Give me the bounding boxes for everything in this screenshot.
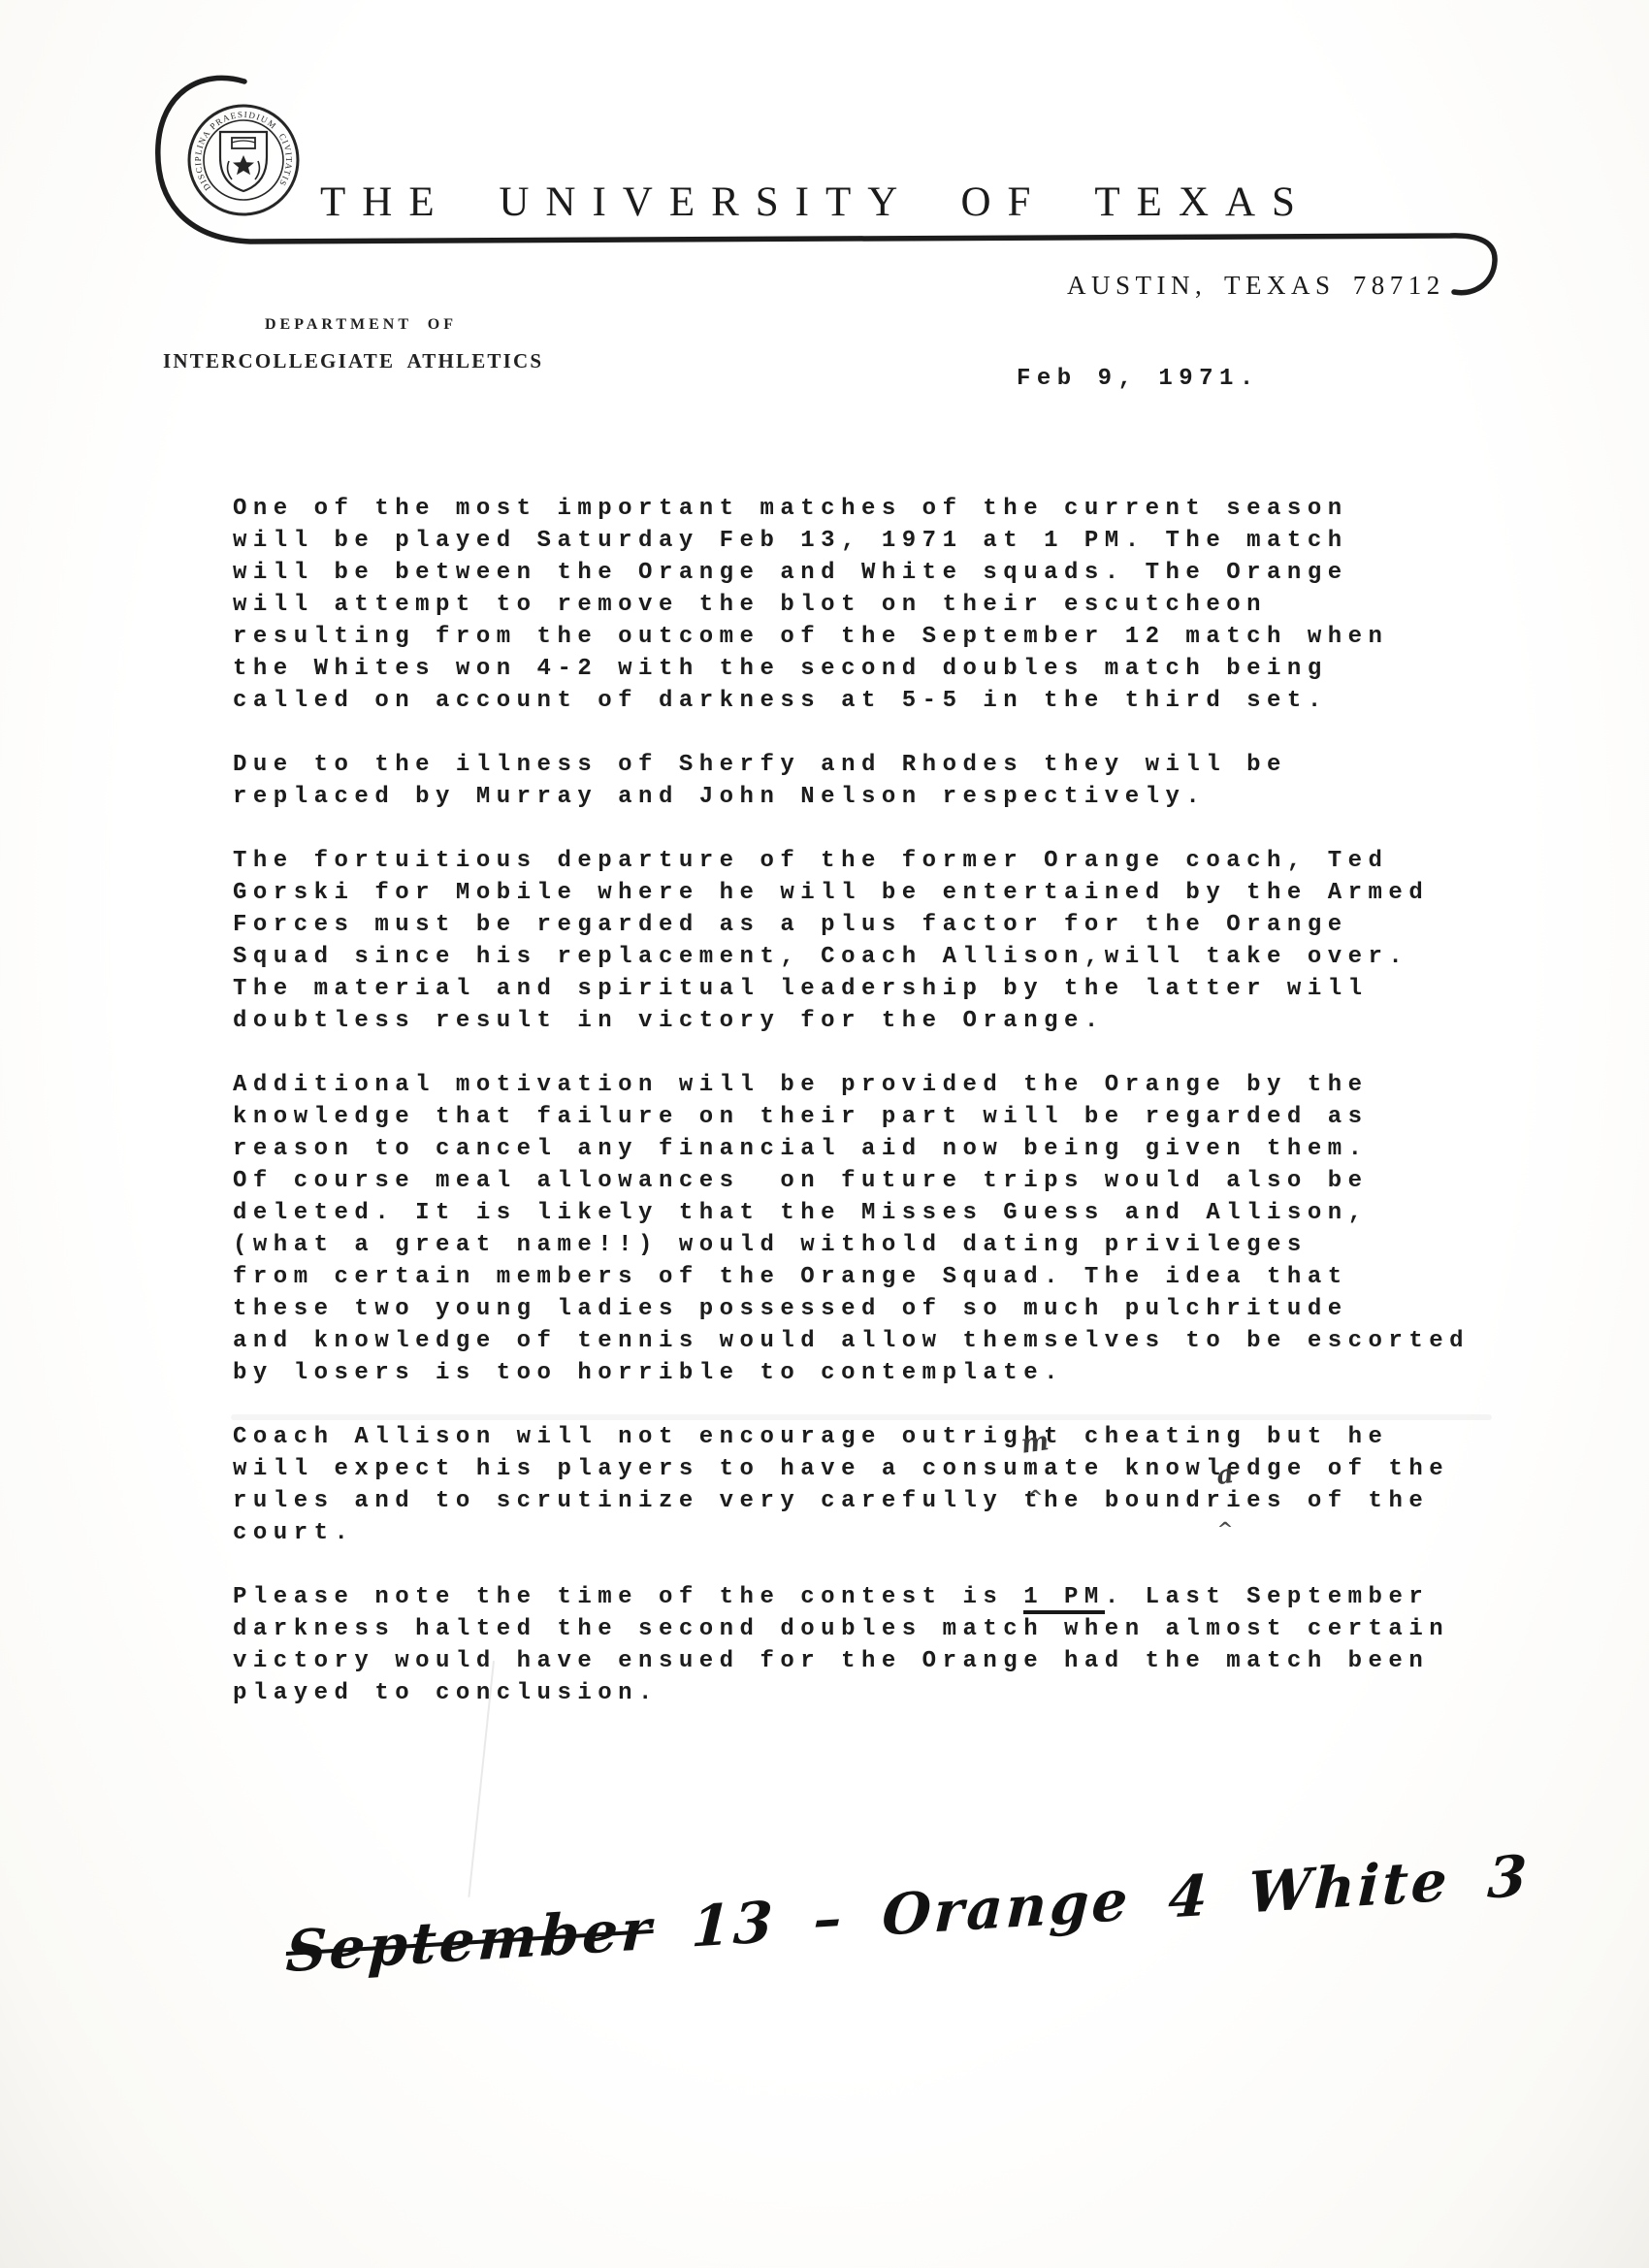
text-line: resulting from the outcome of the Septem…	[233, 621, 1523, 653]
text-line: Forces must be regarded as a plus factor…	[233, 909, 1523, 941]
text-line: will be played Saturday Feb 13, 1971 at …	[233, 525, 1523, 557]
text-line: The material and spiritual leadership by…	[233, 973, 1523, 1005]
text-run: rules and to scrutinize very carefully t…	[233, 1488, 1105, 1514]
text-line: these two young ladies possessed of so m…	[233, 1293, 1523, 1325]
text-line: Additional motivation will be provided t…	[233, 1069, 1523, 1101]
text-run: (what a great name!!) would withold dati…	[233, 1232, 1308, 1258]
text-run: knowledge of the	[1105, 1456, 1449, 1482]
text-run: One of the most important matches of the…	[233, 496, 1348, 522]
seal-word-right: CIVITATIS	[277, 132, 294, 188]
text-line: played to conclusion.	[233, 1677, 1523, 1709]
underlined-text: 1 PM	[1023, 1584, 1105, 1614]
text-run: reason to cancel any financial aid now b…	[233, 1136, 1369, 1162]
text-line: Gorski for Mobile where he will be enter…	[233, 877, 1523, 909]
typed-word-with-handwritten-insertion: consumatem^	[922, 1453, 1105, 1485]
text-line: victory would have ensued for the Orange…	[233, 1645, 1523, 1677]
text-run: Of course meal allowances on future trip…	[233, 1168, 1369, 1194]
insertion-caret: ^	[1027, 1487, 1044, 1507]
paragraph: Coach Allison will not encourage outrigh…	[233, 1421, 1523, 1549]
text-line: will attempt to remove the blot on their…	[233, 589, 1523, 621]
text-line: rules and to scrutinize very carefully t…	[233, 1485, 1523, 1517]
text-run: resulting from the outcome of the Septem…	[233, 624, 1388, 650]
text-run: will be between the Orange and White squ…	[233, 560, 1348, 586]
handwritten-insert-letter: a	[1214, 1461, 1235, 1489]
page-title: THE UNIVERSITY OF TEXAS	[320, 178, 1311, 226]
text-line: from certain members of the Orange Squad…	[233, 1261, 1523, 1293]
text-line: Coach Allison will not encourage outrigh…	[233, 1421, 1523, 1453]
text-line: The fortuitious departure of the former …	[233, 845, 1523, 877]
paragraph: Due to the illness of Sherfy and Rhodes …	[233, 749, 1523, 813]
insertion-caret: ^	[1217, 1519, 1234, 1539]
text-line: the Whites won 4-2 with the second doubl…	[233, 653, 1523, 685]
department-line-2: INTERCOLLEGIATE ATHLETICS	[163, 349, 543, 373]
scanned-letter-page: PRAESIDIUM DISCIPLINA CIVITATIS THE UNIV…	[0, 0, 1649, 2268]
text-line: replaced by Murray and John Nelson respe…	[233, 781, 1523, 813]
typed-word-with-handwritten-insertion: boundriesa^	[1105, 1485, 1287, 1517]
text-line: will expect his players to have a consum…	[233, 1453, 1523, 1485]
text-line: by losers is too horrible to contemplate…	[233, 1357, 1523, 1389]
text-run: by losers is too horrible to contemplate…	[233, 1360, 1064, 1386]
text-run: from certain members of the Orange Squad…	[233, 1264, 1348, 1290]
address-line: AUSTIN, TEXAS 78712	[1067, 271, 1445, 301]
text-run: will be played Saturday Feb 13, 1971 at …	[233, 528, 1348, 554]
scan-smudge	[231, 1414, 1492, 1420]
text-run: Gorski for Mobile where he will be enter…	[233, 880, 1429, 906]
text-run: Coach Allison will not encourage outrigh…	[233, 1424, 1388, 1450]
text-run: and knowledge of tennis would allow them…	[233, 1328, 1470, 1354]
text-run: court.	[233, 1520, 354, 1546]
letter-body: One of the most important matches of the…	[233, 493, 1523, 1741]
text-run: called on account of darkness at 5-5 in …	[233, 688, 1328, 714]
text-line: darkness halted the second doubles match…	[233, 1613, 1523, 1645]
text-run: 13 – Orange 4 White 3	[652, 1842, 1531, 1962]
text-run: the Whites won 4-2 with the second doubl…	[233, 656, 1328, 682]
typed-word: consumate	[922, 1456, 1105, 1482]
department-line-1: DEPARTMENT OF	[265, 316, 457, 334]
university-seal-icon: PRAESIDIUM DISCIPLINA CIVITATIS	[180, 97, 307, 223]
text-run: Please note the time of the contest is	[233, 1584, 1023, 1610]
text-run: doubtless result in victory for the Oran…	[233, 1008, 1105, 1034]
seal-word-left: DISCIPLINA	[193, 128, 212, 193]
typed-word: boundries	[1105, 1488, 1287, 1514]
text-line: One of the most important matches of the…	[233, 493, 1523, 525]
text-run: deleted. It is likely that the Misses Gu…	[233, 1200, 1369, 1226]
text-run: will expect his players to have a	[233, 1456, 922, 1482]
svg-text:DISCIPLINA: DISCIPLINA	[193, 128, 212, 193]
text-line: doubtless result in victory for the Oran…	[233, 1005, 1523, 1037]
text-line: called on account of darkness at 5-5 in …	[233, 685, 1523, 717]
text-run: these two young ladies possessed of so m…	[233, 1296, 1348, 1322]
text-line: Of course meal allowances on future trip…	[233, 1165, 1523, 1197]
struck-through-word: September	[285, 1896, 656, 1985]
date-line: Feb 9, 1971.	[1017, 366, 1260, 392]
paragraph: Please note the time of the contest is 1…	[233, 1581, 1523, 1709]
handwritten-insert-letter: m	[1019, 1428, 1051, 1458]
text-run: replaced by Murray and John Nelson respe…	[233, 784, 1206, 810]
text-run: Squad since his replacement, Coach Allis…	[233, 944, 1408, 970]
text-line: court.	[233, 1517, 1523, 1549]
text-run: played to conclusion.	[233, 1680, 659, 1706]
text-run: knowledge that failure on their part wil…	[233, 1104, 1369, 1130]
text-run: Due to the illness of Sherfy and Rhodes …	[233, 752, 1287, 778]
text-run: Forces must be regarded as a plus factor…	[233, 912, 1348, 938]
paragraph: The fortuitious departure of the former …	[233, 845, 1523, 1037]
text-line: reason to cancel any financial aid now b…	[233, 1133, 1523, 1165]
text-line: Please note the time of the contest is 1…	[233, 1581, 1523, 1613]
text-run: The fortuitious departure of the former …	[233, 848, 1388, 874]
paragraph: One of the most important matches of the…	[233, 493, 1523, 717]
svg-text:CIVITATIS: CIVITATIS	[277, 132, 294, 188]
text-line: deleted. It is likely that the Misses Gu…	[233, 1197, 1523, 1229]
text-run: victory would have ensued for the Orange…	[233, 1648, 1429, 1674]
text-line: will be between the Orange and White squ…	[233, 557, 1523, 589]
text-run: darkness halted the second doubles match…	[233, 1616, 1449, 1642]
text-run: The material and spiritual leadership by…	[233, 976, 1369, 1002]
text-line: Squad since his replacement, Coach Allis…	[233, 941, 1523, 973]
text-line: (what a great name!!) would withold dati…	[233, 1229, 1523, 1261]
text-run: . Last September	[1105, 1584, 1429, 1610]
paragraph: Additional motivation will be provided t…	[233, 1069, 1523, 1389]
text-run: Additional motivation will be provided t…	[233, 1072, 1369, 1098]
text-run: will attempt to remove the blot on their…	[233, 592, 1267, 618]
text-run: of the	[1287, 1488, 1429, 1514]
text-line: and knowledge of tennis would allow them…	[233, 1325, 1523, 1357]
text-line: knowledge that failure on their part wil…	[233, 1101, 1523, 1133]
text-line: Due to the illness of Sherfy and Rhodes …	[233, 749, 1523, 781]
